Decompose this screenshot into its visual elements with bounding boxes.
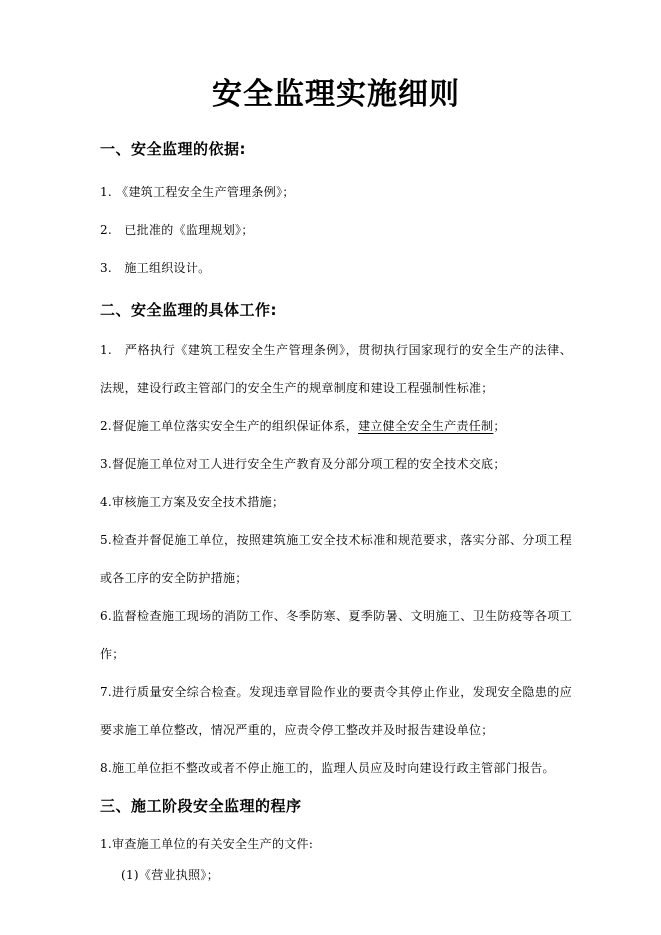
section-3-item-1: 1.审查施工单位的有关安全生产的文件: <box>100 825 572 863</box>
section-2-item-6: 6.监督检查施工现场的消防工作、冬季防寒、夏季防暑、文明施工、卫生防疫等各项工作… <box>100 597 572 673</box>
section-2-item-7: 7.进行质量安全综合检查。发现违章冒险作业的要责令其停止作业，发现安全隐患的应要… <box>100 673 572 749</box>
section-2-item-2: 2.督促施工单位落实安全生产的组织保证体系，建立健全安全生产责任制； <box>100 407 572 445</box>
document-title: 安全监理实施细则 <box>100 73 572 117</box>
section-2-heading: 二、安全监理的具体工作: <box>100 291 572 329</box>
section-2-item-8: 8.施工单位拒不整改或者不停止施工的，监理人员应及时向建设行政主管部门报告。 <box>100 749 572 787</box>
underlined-text: 建立健全安全生产责任制 <box>358 419 493 433</box>
section-2-item-2-text: 2.督促施工单位落实安全生产的组织保证体系， <box>100 419 358 433</box>
section-2-item-2-tail: ； <box>493 419 505 433</box>
document-content: 安全监理实施细则 一、安全监理的依据: 1. 《建筑工程安全生产管理条例》； 2… <box>0 0 661 891</box>
section-1-item-3: 3. 施工组织设计。 <box>100 249 572 287</box>
section-1-heading: 一、安全监理的依据: <box>100 130 572 168</box>
section-3-heading: 三、施工阶段安全监理的程序 <box>100 787 572 825</box>
section-3-sub-item-1: (1)《营业执照》； <box>100 859 572 891</box>
section-2-item-4: 4.审核施工方案及安全技术措施； <box>100 483 572 521</box>
document-page: 安全监理实施细则 一、安全监理的依据: 1. 《建筑工程安全生产管理条例》； 2… <box>0 0 661 935</box>
section-1-item-2: 2. 已批准的《监理规划》； <box>100 211 572 249</box>
section-1-item-1: 1. 《建筑工程安全生产管理条例》； <box>100 173 572 211</box>
section-2-item-3: 3.督促施工单位对工人进行安全生产教育及分部分项工程的安全技术交底； <box>100 445 572 483</box>
section-2-item-1: 1. 严格执行《建筑工程安全生产管理条例》，贯彻执行国家现行的安全生产的法律、法… <box>100 331 572 407</box>
section-2-item-5: 5.检查并督促施工单位，按照建筑施工安全技术标准和规范要求，落实分部、分项工程或… <box>100 521 572 597</box>
